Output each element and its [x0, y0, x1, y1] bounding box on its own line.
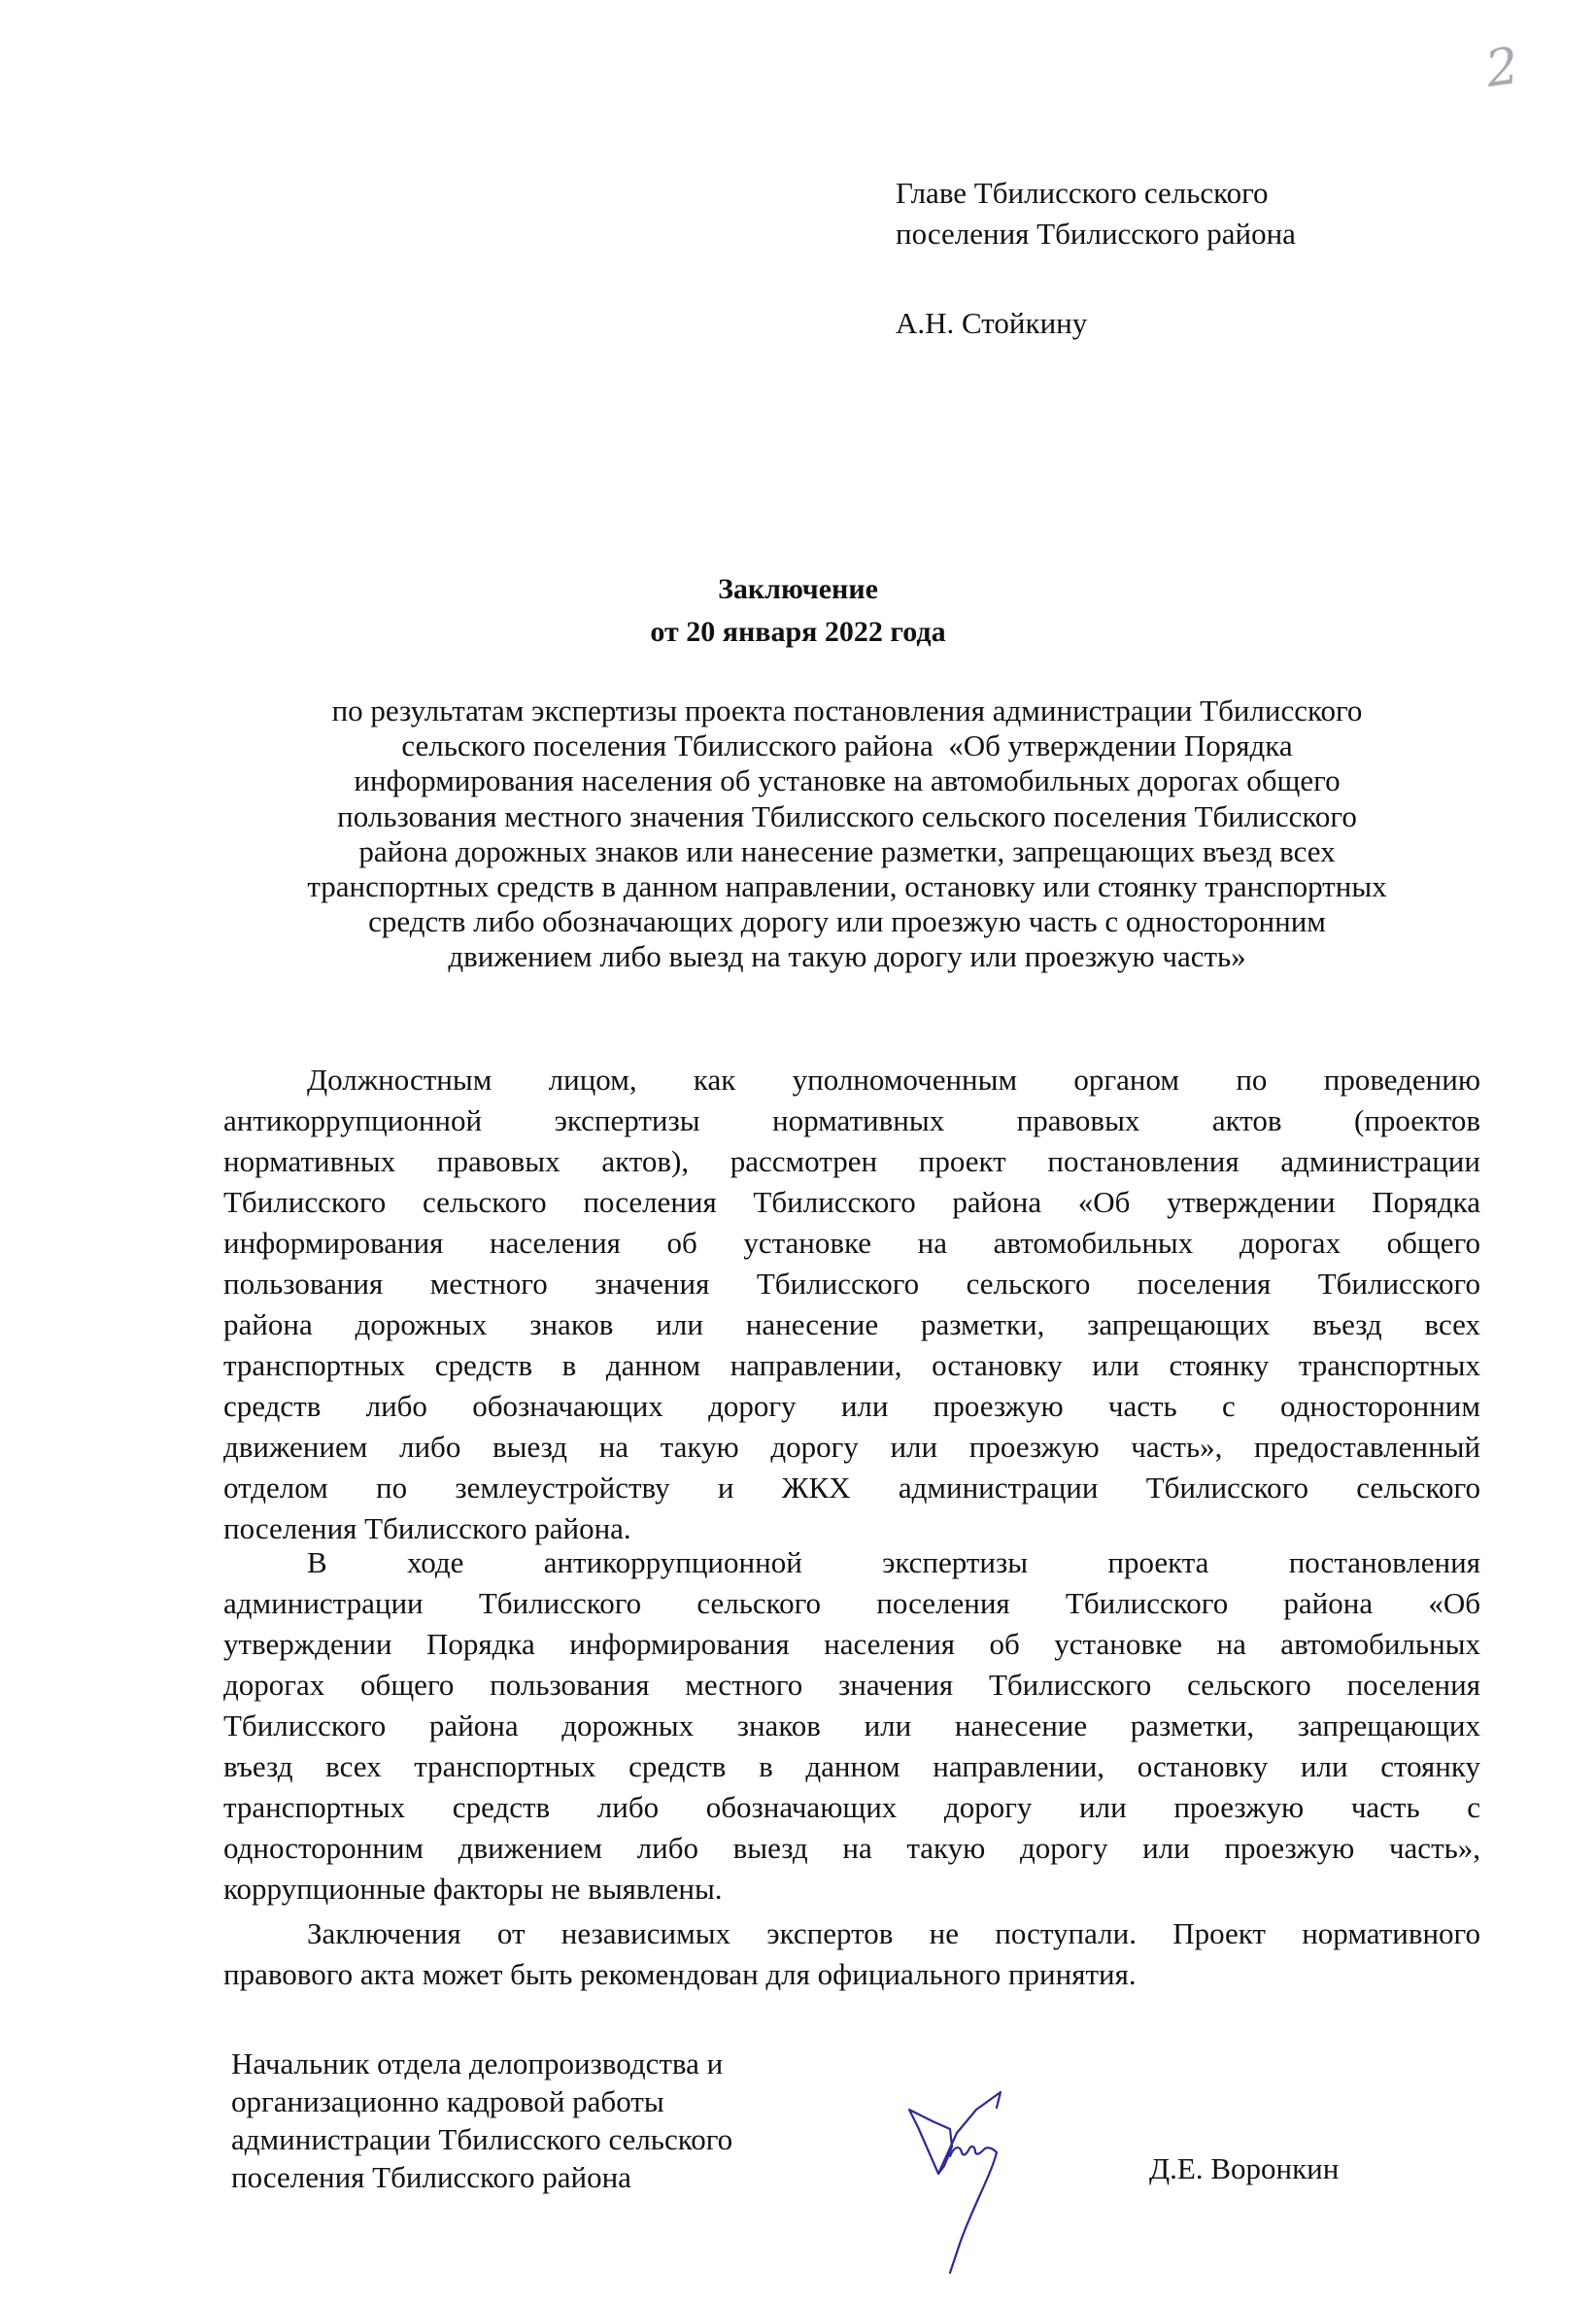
body-line: нормативных правовых актов), рассмотрен …	[223, 1141, 1480, 1182]
addressee-block: Главе Тбилисского сельского поселения Тб…	[896, 173, 1296, 344]
body-line: односторонним движением либо выезд на та…	[223, 1828, 1480, 1869]
document-subject: по результатам экспертизы проекта постан…	[216, 693, 1478, 975]
body-line: администрации Тбилисского сельского посе…	[223, 1583, 1480, 1624]
body-line: В ходе антикоррупционной экспертизы прое…	[223, 1542, 1480, 1583]
handwritten-page-number: 2	[1483, 41, 1522, 95]
body-line: транспортных средств либо обозначающих д…	[223, 1787, 1480, 1828]
body-line: правового акта может быть рекомендован д…	[223, 1954, 1480, 1995]
body-line: пользования местного значения Тбилисског…	[223, 1264, 1480, 1304]
subject-line: сельского поселения Тбилисского района «…	[216, 728, 1478, 763]
body-line: отделом по землеустройству и ЖКХ админис…	[223, 1468, 1480, 1508]
body-line: Тбилисского района дорожных знаков или н…	[223, 1706, 1480, 1746]
body-line: Тбилисского сельского поселения Тбилисск…	[223, 1182, 1480, 1223]
signer-position-line: организационно кадровой работы	[231, 2082, 732, 2120]
body-line: утверждении Порядка информирования насел…	[223, 1624, 1480, 1665]
subject-line: района дорожных знаков или нанесение раз…	[216, 834, 1478, 869]
document-title: Заключение от 20 января 2022 года	[0, 568, 1596, 654]
body-line: движением либо выезд на такую дорогу или…	[223, 1427, 1480, 1468]
addressee-name: А.Н. Стойкину	[896, 303, 1296, 344]
signer-position-line: администрации Тбилисского сельского	[231, 2120, 732, 2158]
body-line: транспортных средств в данном направлени…	[223, 1345, 1480, 1386]
body-line: дорогах общего пользования местного знач…	[223, 1665, 1480, 1706]
body-line: въезд всех транспортных средств в данном…	[223, 1746, 1480, 1787]
addressee-line: Главе Тбилисского сельского	[896, 173, 1296, 214]
subject-line: средств либо обозначающих дорогу или про…	[216, 904, 1478, 939]
signer-position: Начальник отдела делопроизводства и орга…	[231, 2045, 732, 2196]
subject-line: движением либо выезд на такую дорогу или…	[216, 939, 1478, 974]
subject-line: транспортных средств в данном направлени…	[216, 869, 1478, 904]
body-line: средств либо обозначающих дорогу или про…	[223, 1386, 1480, 1427]
signer-position-line: Начальник отдела делопроизводства и	[231, 2045, 732, 2082]
body-line: антикоррупционной экспертизы нормативных…	[223, 1100, 1480, 1141]
body-paragraph-findings: В ходе антикоррупционной экспертизы прое…	[223, 1542, 1480, 1910]
body-paragraph-review: Должностным лицом, как уполномоченным ор…	[223, 1060, 1480, 1549]
title-heading: Заключение	[0, 568, 1596, 611]
subject-line: по результатам экспертизы проекта постан…	[216, 693, 1478, 728]
subject-line: информирования населения об установке на…	[216, 763, 1478, 798]
title-date: от 20 января 2022 года	[0, 611, 1596, 654]
body-line: Заключения от независимых экспертов не п…	[223, 1913, 1480, 1954]
body-paragraph-conclusion: Заключения от независимых экспертов не п…	[223, 1913, 1480, 1995]
subject-line: пользования местного значения Тбилисског…	[216, 799, 1478, 834]
signer-name: Д.Е. Воронкин	[1149, 2149, 1339, 2188]
body-line: Должностным лицом, как уполномоченным ор…	[223, 1060, 1480, 1100]
body-line: информирования населения об установке на…	[223, 1223, 1480, 1264]
handwritten-signature-icon	[903, 2088, 1020, 2278]
signer-position-line: поселения Тбилисского района	[231, 2158, 732, 2196]
body-line: коррупционные факторы не выявлены.	[223, 1869, 1480, 1910]
addressee-line: поселения Тбилисского района	[896, 214, 1296, 254]
body-line: района дорожных знаков или нанесение раз…	[223, 1304, 1480, 1345]
